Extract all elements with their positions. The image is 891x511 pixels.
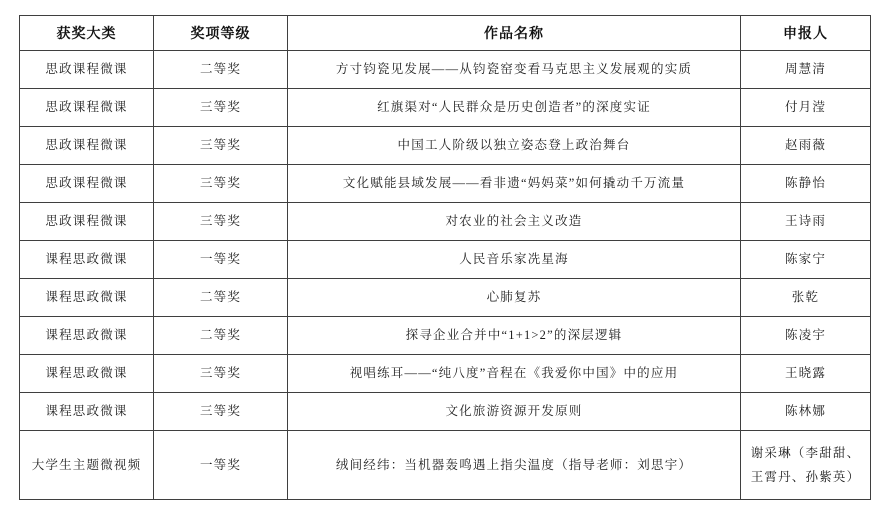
cell-work-title: 方寸钧瓷见发展——从钧瓷窑变看马克思主义发展观的实质 xyxy=(288,51,741,89)
cell-award-category: 课程思政微课 xyxy=(20,241,154,279)
cell-work-title: 文化赋能县域发展——看非遗“妈妈菜”如何撬动千万流量 xyxy=(288,165,741,203)
cell-award-category: 思政课程微课 xyxy=(20,89,154,127)
cell-award-category: 课程思政微课 xyxy=(20,279,154,317)
cell-applicant: 陈林娜 xyxy=(741,393,871,431)
cell-work-title: 人民音乐家冼星海 xyxy=(288,241,741,279)
cell-applicant: 谢采琳（李甜甜、王霄丹、孙紫英） xyxy=(741,431,871,500)
cell-applicant: 陈家宁 xyxy=(741,241,871,279)
cell-applicant: 王诗雨 xyxy=(741,203,871,241)
cell-applicant: 赵雨薇 xyxy=(741,127,871,165)
awards-table: 获奖大类 奖项等级 作品名称 申报人 思政课程微课二等奖方寸钧瓷见发展——从钧瓷… xyxy=(19,15,871,500)
header-row: 获奖大类 奖项等级 作品名称 申报人 xyxy=(20,16,871,51)
header-applicant: 申报人 xyxy=(741,16,871,51)
cell-work-title: 视唱练耳——“纯八度”音程在《我爱你中国》中的应用 xyxy=(288,355,741,393)
table-row: 大学生主题微视频一等奖绒间经纬：当机器轰鸣遇上指尖温度（指导老师：刘思宇）谢采琳… xyxy=(20,431,871,500)
header-award-level: 奖项等级 xyxy=(154,16,288,51)
table-row: 思政课程微课三等奖对农业的社会主义改造王诗雨 xyxy=(20,203,871,241)
cell-applicant: 张乾 xyxy=(741,279,871,317)
table-row: 课程思政微课二等奖探寻企业合并中“1+1>2”的深层逻辑陈凌宇 xyxy=(20,317,871,355)
table-row: 课程思政微课三等奖视唱练耳——“纯八度”音程在《我爱你中国》中的应用王晓露 xyxy=(20,355,871,393)
cell-award-level: 一等奖 xyxy=(154,241,288,279)
cell-award-category: 思政课程微课 xyxy=(20,51,154,89)
table-row: 思政课程微课三等奖文化赋能县域发展——看非遗“妈妈菜”如何撬动千万流量陈静怡 xyxy=(20,165,871,203)
cell-award-level: 二等奖 xyxy=(154,51,288,89)
cell-award-category: 课程思政微课 xyxy=(20,393,154,431)
table-row: 思政课程微课三等奖红旗渠对“人民群众是历史创造者”的深度实证付月滢 xyxy=(20,89,871,127)
cell-award-category: 思政课程微课 xyxy=(20,127,154,165)
cell-award-level: 三等奖 xyxy=(154,393,288,431)
cell-award-level: 三等奖 xyxy=(154,165,288,203)
table-row: 思政课程微课三等奖中国工人阶级以独立姿态登上政治舞台赵雨薇 xyxy=(20,127,871,165)
cell-work-title: 心肺复苏 xyxy=(288,279,741,317)
cell-applicant: 陈静怡 xyxy=(741,165,871,203)
cell-applicant: 王晓露 xyxy=(741,355,871,393)
cell-award-level: 一等奖 xyxy=(154,431,288,500)
cell-work-title: 中国工人阶级以独立姿态登上政治舞台 xyxy=(288,127,741,165)
cell-award-category: 大学生主题微视频 xyxy=(20,431,154,500)
cell-work-title: 文化旅游资源开发原则 xyxy=(288,393,741,431)
cell-work-title: 红旗渠对“人民群众是历史创造者”的深度实证 xyxy=(288,89,741,127)
document-page: 获奖大类 奖项等级 作品名称 申报人 思政课程微课二等奖方寸钧瓷见发展——从钧瓷… xyxy=(0,0,891,511)
cell-award-category: 思政课程微课 xyxy=(20,165,154,203)
cell-award-level: 二等奖 xyxy=(154,279,288,317)
cell-work-title: 对农业的社会主义改造 xyxy=(288,203,741,241)
cell-work-title: 绒间经纬：当机器轰鸣遇上指尖温度（指导老师：刘思宇） xyxy=(288,431,741,500)
cell-award-level: 三等奖 xyxy=(154,355,288,393)
cell-award-level: 三等奖 xyxy=(154,127,288,165)
cell-award-category: 课程思政微课 xyxy=(20,317,154,355)
cell-award-level: 三等奖 xyxy=(154,89,288,127)
table-row: 课程思政微课三等奖文化旅游资源开发原则陈林娜 xyxy=(20,393,871,431)
cell-applicant: 陈凌宇 xyxy=(741,317,871,355)
header-award-category: 获奖大类 xyxy=(20,16,154,51)
cell-award-level: 二等奖 xyxy=(154,317,288,355)
cell-work-title: 探寻企业合并中“1+1>2”的深层逻辑 xyxy=(288,317,741,355)
cell-award-category: 思政课程微课 xyxy=(20,203,154,241)
cell-award-level: 三等奖 xyxy=(154,203,288,241)
table-row: 思政课程微课二等奖方寸钧瓷见发展——从钧瓷窑变看马克思主义发展观的实质周慧清 xyxy=(20,51,871,89)
cell-applicant: 周慧清 xyxy=(741,51,871,89)
table-header: 获奖大类 奖项等级 作品名称 申报人 xyxy=(20,16,871,51)
table-row: 课程思政微课二等奖心肺复苏张乾 xyxy=(20,279,871,317)
table-row: 课程思政微课一等奖人民音乐家冼星海陈家宁 xyxy=(20,241,871,279)
header-work-title: 作品名称 xyxy=(288,16,741,51)
table-body: 思政课程微课二等奖方寸钧瓷见发展——从钧瓷窑变看马克思主义发展观的实质周慧清思政… xyxy=(20,51,871,500)
cell-applicant: 付月滢 xyxy=(741,89,871,127)
cell-award-category: 课程思政微课 xyxy=(20,355,154,393)
